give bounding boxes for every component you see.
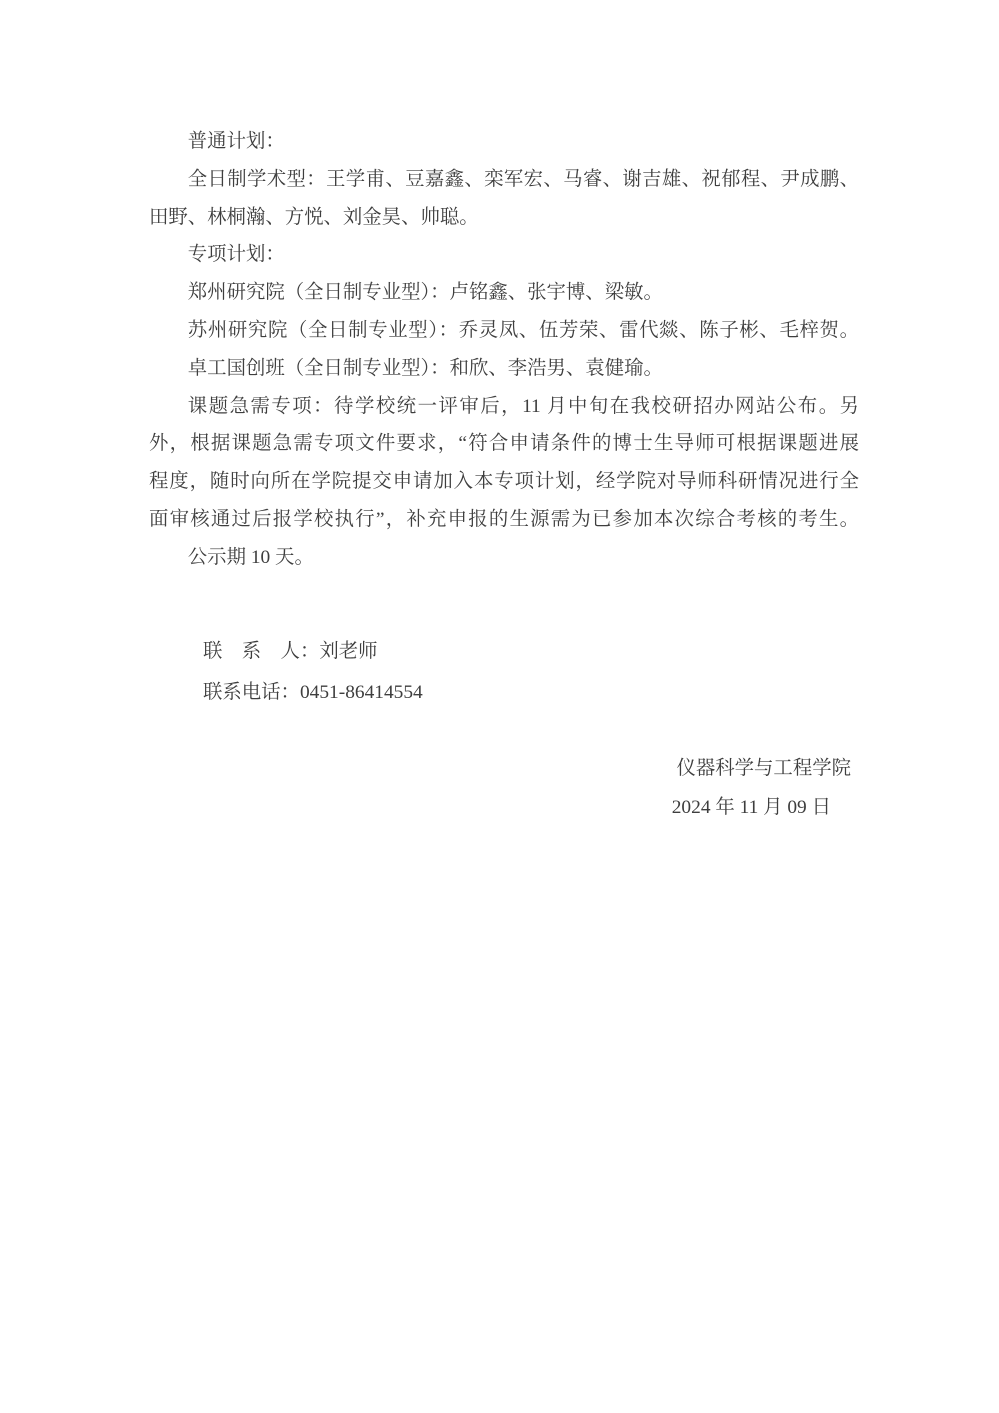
signature-org: 仪器科学与工程学院 bbox=[149, 749, 859, 788]
signature-block: 仪器科学与工程学院 2024 年 11 月 09 日 bbox=[149, 749, 859, 827]
document-line: 公示期 10 天。 bbox=[149, 539, 859, 577]
contact-person-line: 联 系 人：刘老师 bbox=[203, 631, 859, 672]
document-line: 全日制学术型：王学甫、豆嘉鑫、栾军宏、马睿、谢吉雄、祝郁程、尹成鹏、 bbox=[149, 161, 859, 199]
document-line: 课题急需专项：待学校统一评审后，11 月中旬在我校研招办网站公布。另 bbox=[149, 388, 859, 426]
document-body: 普通计划：全日制学术型：王学甫、豆嘉鑫、栾军宏、马睿、谢吉雄、祝郁程、尹成鹏、田… bbox=[149, 123, 859, 827]
contact-block: 联 系 人：刘老师 联系电话：0451-86414554 bbox=[149, 631, 859, 713]
document-line: 外，根据课题急需专项文件要求，“符合申请条件的博士生导师可根据课题进展 bbox=[149, 425, 859, 463]
contact-phone-line: 联系电话：0451-86414554 bbox=[203, 672, 859, 713]
document-line: 田野、林桐瀚、方悦、刘金昊、帅聪。 bbox=[149, 199, 859, 237]
document-page: { "page": { "background_color": "#ffffff… bbox=[0, 0, 999, 1413]
document-line: 普通计划： bbox=[149, 123, 859, 161]
document-line: 专项计划： bbox=[149, 236, 859, 274]
document-line: 程度，随时向所在学院提交申请加入本专项计划，经学院对导师科研情况进行全 bbox=[149, 463, 859, 501]
document-line: 苏州研究院（全日制专业型）：乔灵凤、伍芳荣、雷代燚、陈子彬、毛梓贺。 bbox=[149, 312, 859, 350]
document-line: 郑州研究院（全日制专业型）：卢铭鑫、张宇博、梁敏。 bbox=[149, 274, 859, 312]
signature-date: 2024 年 11 月 09 日 bbox=[149, 788, 859, 827]
body-paragraphs: 普通计划：全日制学术型：王学甫、豆嘉鑫、栾军宏、马睿、谢吉雄、祝郁程、尹成鹏、田… bbox=[149, 123, 859, 577]
page-background: 普通计划：全日制学术型：王学甫、豆嘉鑫、栾军宏、马睿、谢吉雄、祝郁程、尹成鹏、田… bbox=[0, 0, 999, 1413]
document-line: 卓工国创班（全日制专业型）：和欣、李浩男、袁健瑜。 bbox=[149, 350, 859, 388]
document-line: 面审核通过后报学校执行”，补充申报的生源需为已参加本次综合考核的考生。 bbox=[149, 501, 859, 539]
